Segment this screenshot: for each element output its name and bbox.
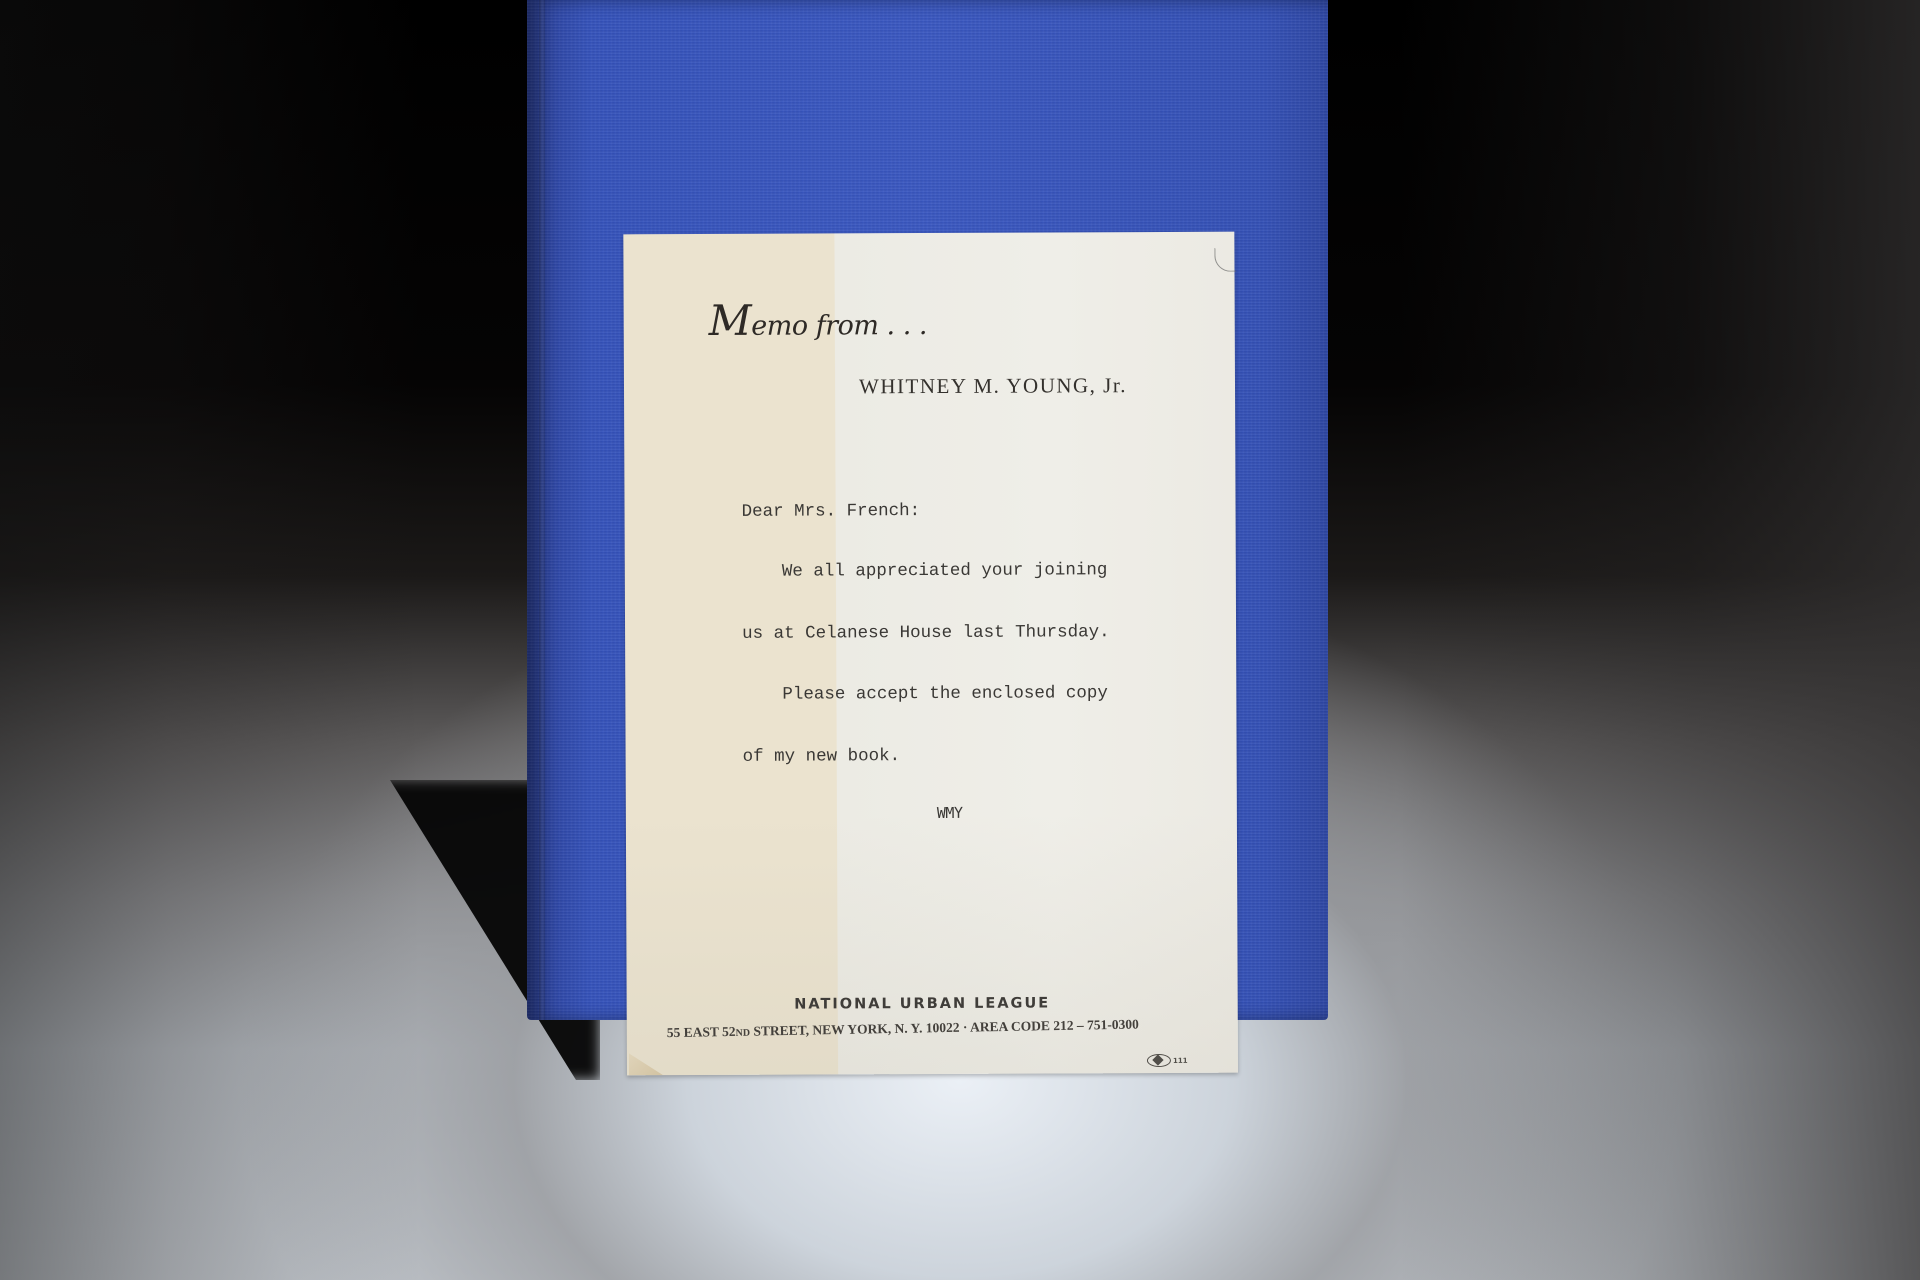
- sender-name: WHITNEY M. YOUNG, Jr.: [859, 373, 1127, 399]
- product-photo: Memo from . . . WHITNEY M. YOUNG, Jr. De…: [0, 0, 1920, 1280]
- memo-sheet: Memo from . . . WHITNEY M. YOUNG, Jr. De…: [623, 232, 1238, 1076]
- memo-from-text: emo from . . .: [751, 310, 927, 342]
- address-part-2: STREET, NEW YORK, N. Y. 10022 · AREA COD…: [750, 1017, 1139, 1039]
- address-part-1: 55 EAST 52: [667, 1024, 736, 1040]
- body-line: Please accept the enclosed copy: [782, 683, 1108, 704]
- memo-from-initial: M: [709, 296, 752, 345]
- signature-initials: WMY: [937, 804, 963, 822]
- backdrop-shade-right: [1400, 0, 1920, 1280]
- organization-name: NATIONAL URBAN LEAGUE: [627, 995, 1238, 1014]
- union-bug-icon: [1147, 1054, 1171, 1067]
- memo-from-heading: Memo from . . .: [709, 295, 927, 345]
- book-hinge: [539, 0, 545, 1020]
- union-label-number: 111: [1173, 1056, 1188, 1064]
- salutation: Dear Mrs. French:: [742, 501, 921, 522]
- body-line: us at Celanese House last Thursday.: [742, 622, 1110, 644]
- pencil-mark: [1214, 248, 1236, 272]
- union-label: 111: [1147, 1054, 1188, 1067]
- address-ordinal: ND: [736, 1028, 751, 1039]
- body-line: We all appreciated your joining: [782, 560, 1108, 581]
- body-line: of my new book.: [743, 746, 901, 767]
- corner-fold: [629, 1053, 663, 1075]
- backdrop-shade-left: [0, 0, 420, 1280]
- organization-address: 55 EAST 52ND STREET, NEW YORK, N. Y. 100…: [667, 1017, 1139, 1042]
